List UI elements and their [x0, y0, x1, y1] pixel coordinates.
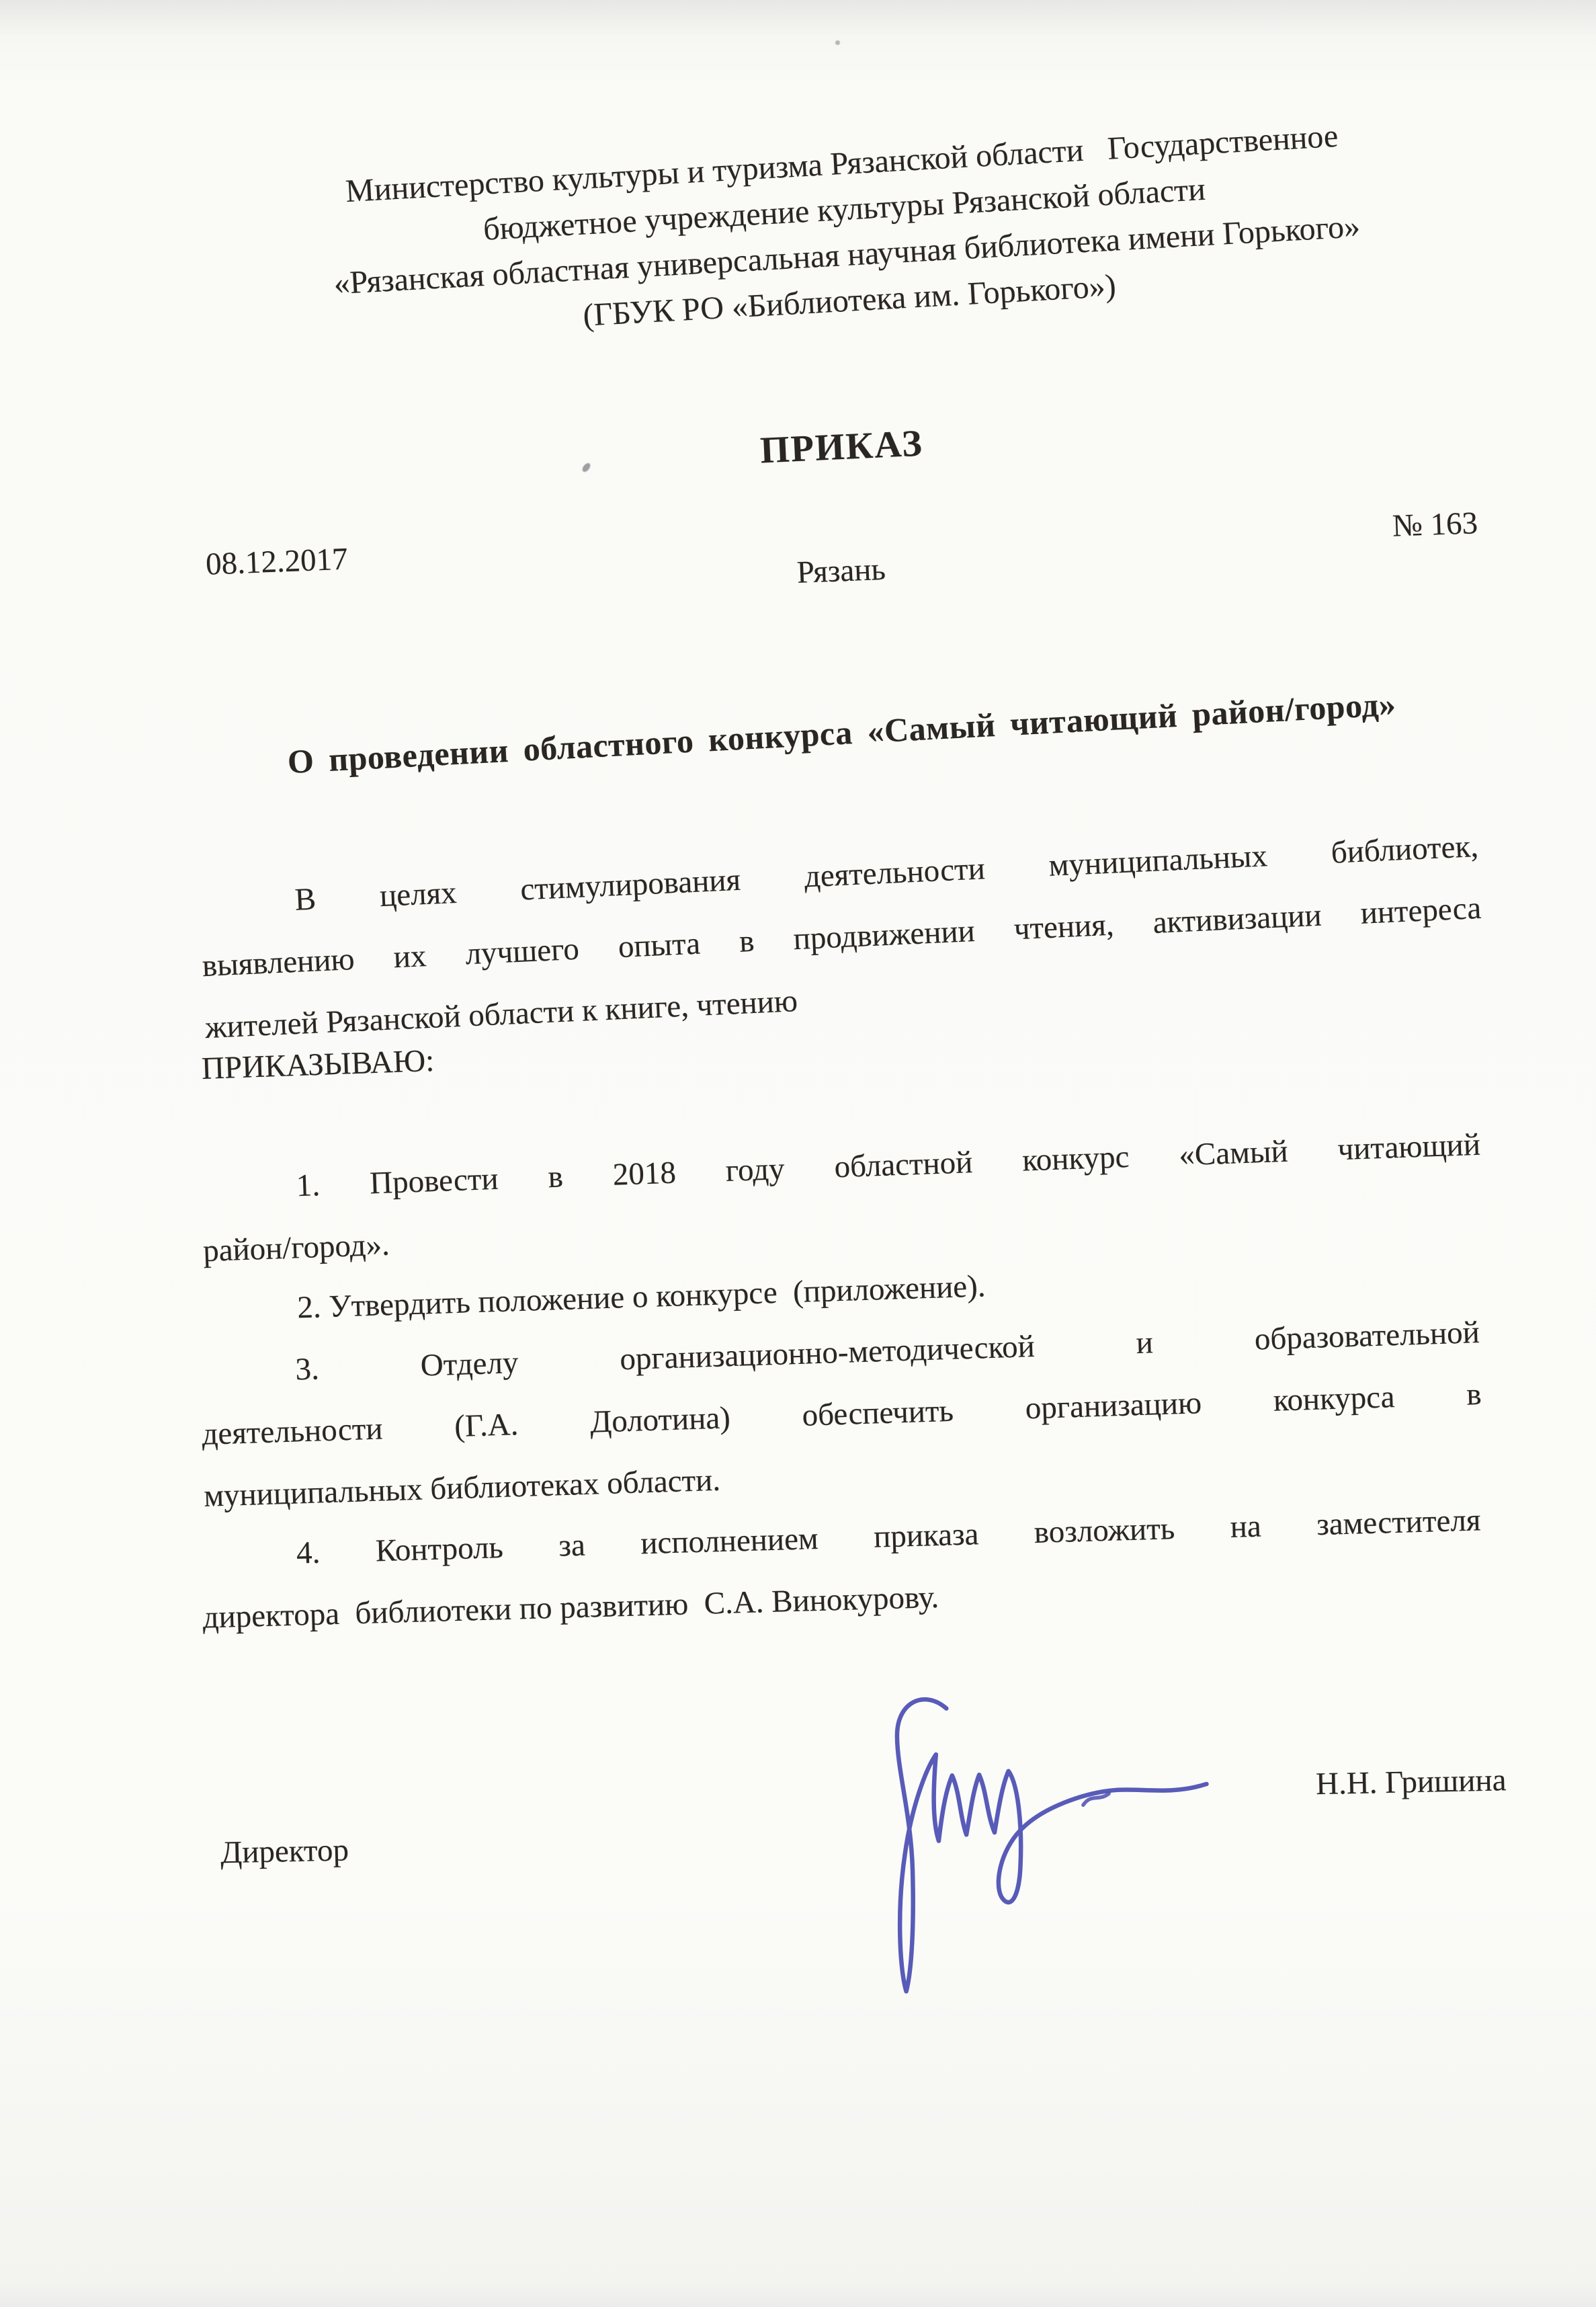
- signature-ink-icon: [694, 1644, 1254, 2023]
- document-content: Министерство культуры и туризма Рязанско…: [202, 0, 1482, 2048]
- date-city-row: 08.12.2017 Рязань: [200, 497, 1482, 647]
- organization-header: Министерство культуры и туризма Рязанско…: [194, 0, 1490, 360]
- order-city: Рязань: [796, 551, 886, 592]
- order-item: 3. Отделу организационно-методической и …: [199, 1301, 1484, 1527]
- subject-line: О проведении областного конкурса «Самый …: [202, 678, 1482, 788]
- signature-name: Н.Н. Гришина: [1315, 1760, 1507, 1804]
- order-date: 08.12.2017: [205, 540, 348, 583]
- handwritten-signature: [694, 1644, 1254, 2023]
- document-title: ПРИКАЗ: [202, 397, 1482, 497]
- scanned-document-page: Министерство культуры и туризма Рязанско…: [0, 0, 1596, 2307]
- signature-block: Директор Н.Н. Гришина: [199, 1745, 1485, 2061]
- signature-position-label: Директор: [220, 1830, 349, 1872]
- order-items: 1. Провести в 2018 году областной конкур…: [202, 1136, 1482, 1631]
